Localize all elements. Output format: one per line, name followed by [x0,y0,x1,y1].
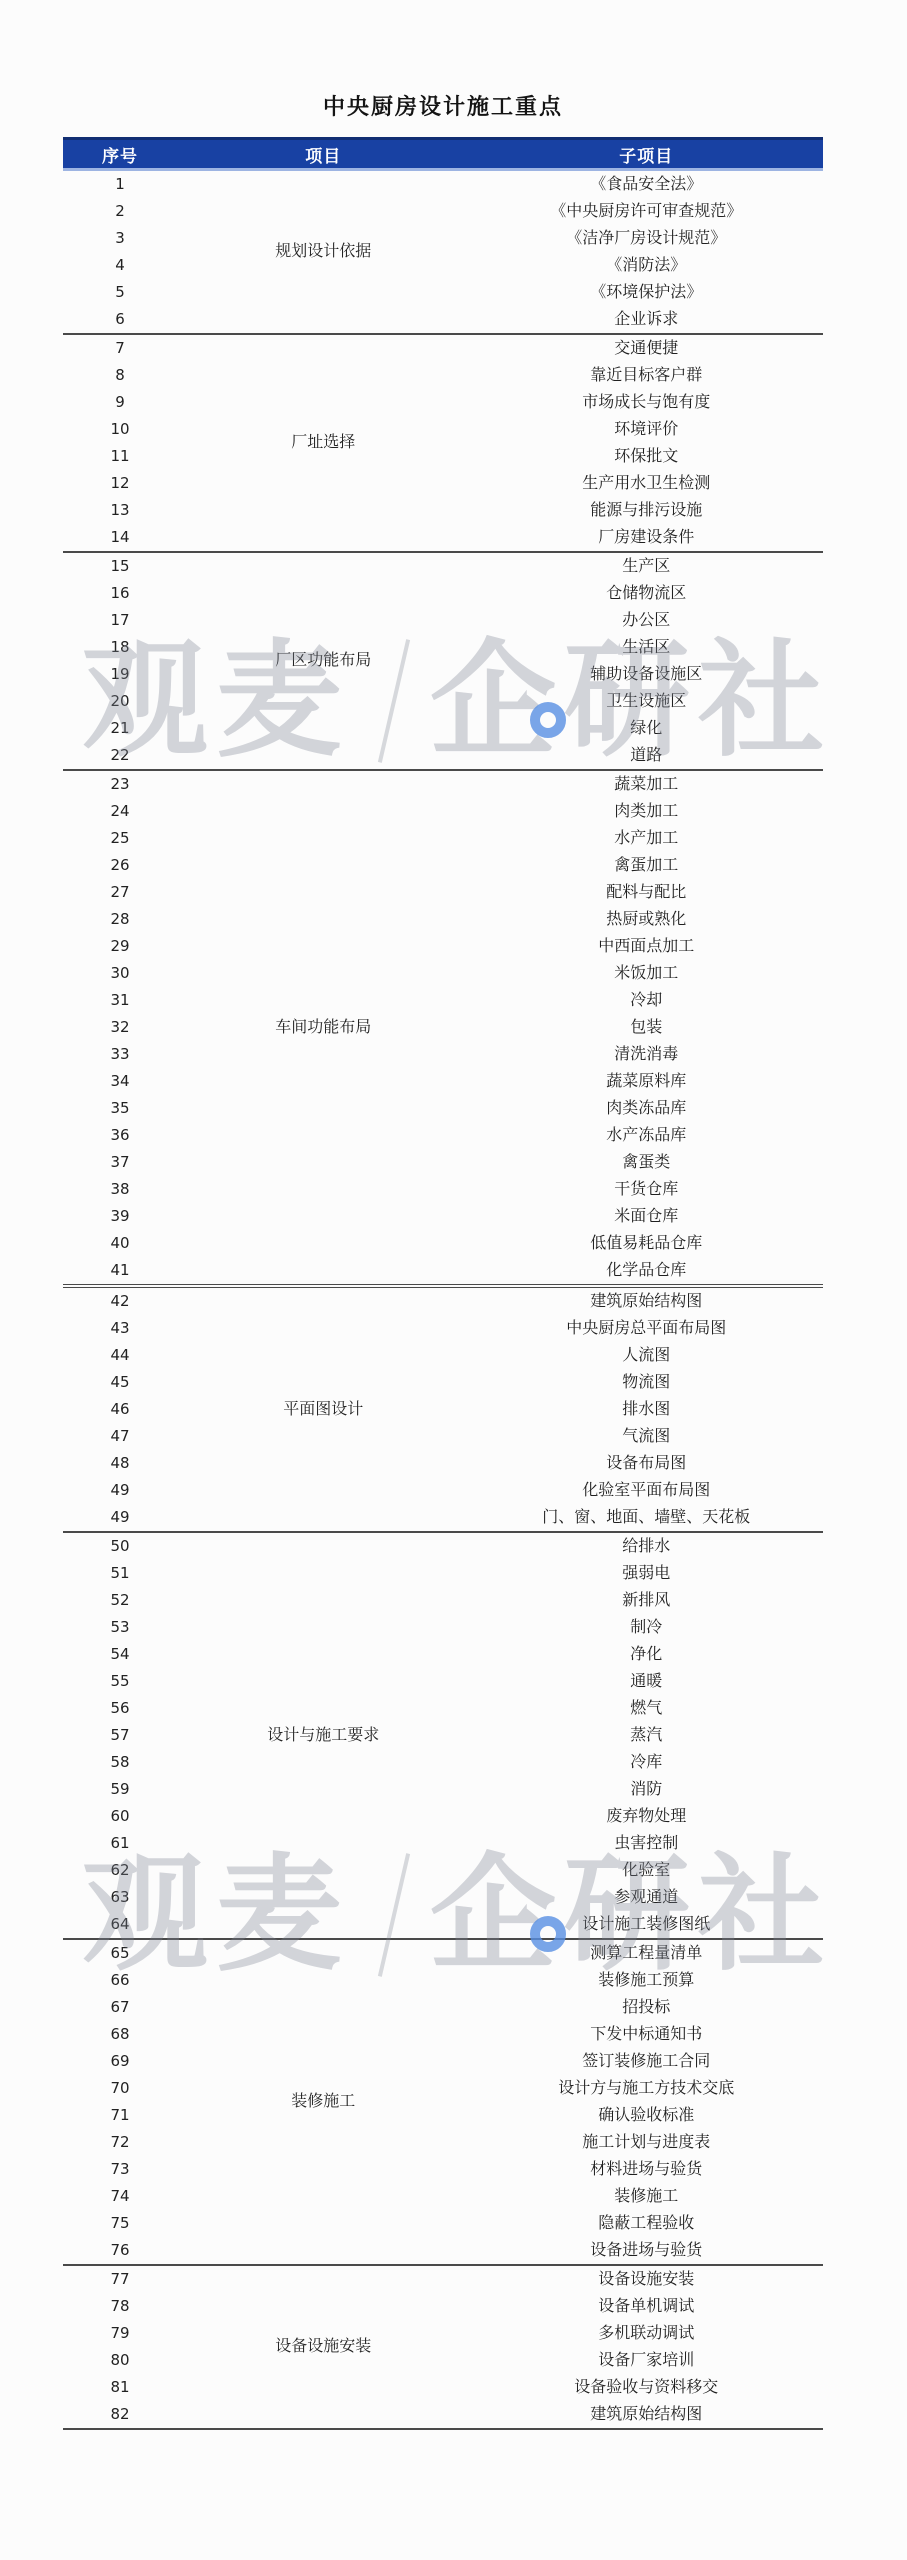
row-number-cell: 40 [63,1230,177,1257]
header-cell-number: 序号 [63,139,177,170]
table-row: 77设备设施安装设备设施安装 [63,2265,823,2293]
row-number-cell: 10 [63,416,177,443]
subproject-cell: 设备布局图 [470,1450,823,1477]
row-number-cell: 14 [63,524,177,552]
subproject-cell: 绿化 [470,715,823,742]
subproject-cell: 道路 [470,742,823,770]
row-number-cell: 52 [63,1587,177,1614]
row-number-cell: 22 [63,742,177,770]
row-number-cell: 23 [63,770,177,798]
subproject-cell: 米面仓库 [470,1203,823,1230]
row-number-cell: 66 [63,1967,177,1994]
subproject-cell: 气流图 [470,1423,823,1450]
subproject-cell: 蒸汽 [470,1722,823,1749]
subproject-cell: 新排风 [470,1587,823,1614]
subproject-cell: 卫生设施区 [470,688,823,715]
subproject-cell: 厂房建设条件 [470,524,823,552]
project-cell: 平面图设计 [177,1286,470,1532]
row-number-cell: 29 [63,933,177,960]
subproject-cell: 《中央厨房许可审查规范》 [470,198,823,225]
row-number-cell: 7 [63,334,177,362]
row-number-cell: 63 [63,1884,177,1911]
row-number-cell: 49 [63,1477,177,1504]
row-number-cell: 17 [63,607,177,634]
row-number-cell: 81 [63,2374,177,2401]
row-number-cell: 67 [63,1994,177,2021]
row-number-cell: 32 [63,1014,177,1041]
row-number-cell: 36 [63,1122,177,1149]
subproject-cell: 交通便捷 [470,334,823,362]
project-cell: 装修施工 [177,1939,470,2265]
subproject-cell: 建筑原始结构图 [470,1286,823,1315]
subproject-cell: 建筑原始结构图 [470,2401,823,2429]
subproject-cell: 制冷 [470,1614,823,1641]
subproject-cell: 门、窗、地面、墙壁、天花板 [470,1504,823,1532]
subproject-cell: 净化 [470,1641,823,1668]
table-row: 23车间功能布局蔬菜加工 [63,770,823,798]
subproject-cell: 生产区 [470,552,823,580]
subproject-cell: 中西面点加工 [470,933,823,960]
row-number-cell: 80 [63,2347,177,2374]
row-number-cell: 62 [63,1857,177,1884]
row-number-cell: 3 [63,225,177,252]
row-number-cell: 57 [63,1722,177,1749]
row-number-cell: 56 [63,1695,177,1722]
row-number-cell: 58 [63,1749,177,1776]
subproject-cell: 强弱电 [470,1560,823,1587]
row-number-cell: 19 [63,661,177,688]
row-number-cell: 77 [63,2265,177,2293]
subproject-cell: 虫害控制 [470,1830,823,1857]
page-title: 中央厨房设计施工重点 [63,90,823,121]
subproject-cell: 热厨或熟化 [470,906,823,933]
subproject-cell: 禽蛋类 [470,1149,823,1176]
subproject-cell: 装修施工预算 [470,1967,823,1994]
row-number-cell: 25 [63,825,177,852]
row-number-cell: 27 [63,879,177,906]
subproject-cell: 中央厨房总平面布局图 [470,1315,823,1342]
subproject-cell: 消防 [470,1776,823,1803]
subproject-cell: 材料进场与验货 [470,2156,823,2183]
subproject-cell: 招投标 [470,1994,823,2021]
subproject-cell: 清洗消毒 [470,1041,823,1068]
project-cell: 规划设计依据 [177,170,470,335]
row-number-cell: 8 [63,362,177,389]
table-row: 1规划设计依据《食品安全法》 [63,170,823,199]
table-row: 7厂址选择交通便捷 [63,334,823,362]
row-number-cell: 69 [63,2048,177,2075]
subproject-cell: 测算工程量清单 [470,1939,823,1967]
project-cell: 厂区功能布局 [177,552,470,770]
subproject-cell: 设计方与施工方技术交底 [470,2075,823,2102]
row-number-cell: 70 [63,2075,177,2102]
row-number-cell: 50 [63,1532,177,1560]
subproject-cell: 仓储物流区 [470,580,823,607]
row-number-cell: 1 [63,170,177,199]
row-number-cell: 4 [63,252,177,279]
subproject-cell: 冷却 [470,987,823,1014]
subproject-cell: 包装 [470,1014,823,1041]
subproject-cell: 蔬菜原料库 [470,1068,823,1095]
row-number-cell: 71 [63,2102,177,2129]
row-number-cell: 45 [63,1369,177,1396]
row-number-cell: 39 [63,1203,177,1230]
row-number-cell: 61 [63,1830,177,1857]
row-number-cell: 44 [63,1342,177,1369]
project-cell: 厂址选择 [177,334,470,552]
row-number-cell: 68 [63,2021,177,2048]
subproject-cell: 环境评价 [470,416,823,443]
subproject-cell: 多机联动调试 [470,2320,823,2347]
table-body: 1规划设计依据《食品安全法》2《中央厨房许可审查规范》3《洁净厂房设计规范》4《… [63,170,823,2430]
subproject-cell: 通暖 [470,1668,823,1695]
subproject-cell: 设备厂家培训 [470,2347,823,2374]
subproject-cell: 市场成长与饱有度 [470,389,823,416]
row-number-cell: 18 [63,634,177,661]
row-number-cell: 43 [63,1315,177,1342]
row-number-cell: 35 [63,1095,177,1122]
subproject-cell: 肉类冻品库 [470,1095,823,1122]
row-number-cell: 74 [63,2183,177,2210]
subproject-cell: 米饭加工 [470,960,823,987]
subproject-cell: 给排水 [470,1532,823,1560]
table-row: 15厂区功能布局生产区 [63,552,823,580]
subproject-cell: 企业诉求 [470,306,823,334]
row-number-cell: 24 [63,798,177,825]
subproject-cell: 设备设施安装 [470,2265,823,2293]
subproject-cell: 确认验收标准 [470,2102,823,2129]
subproject-cell: 辅助设备设施区 [470,661,823,688]
subproject-cell: 低值易耗品仓库 [470,1230,823,1257]
subproject-cell: 干货仓库 [470,1176,823,1203]
row-number-cell: 12 [63,470,177,497]
subproject-cell: 设备进场与验货 [470,2237,823,2265]
row-number-cell: 64 [63,1911,177,1939]
subproject-cell: 装修施工 [470,2183,823,2210]
row-number-cell: 41 [63,1257,177,1286]
row-number-cell: 78 [63,2293,177,2320]
subproject-cell: 水产加工 [470,825,823,852]
row-number-cell: 49 [63,1504,177,1532]
header-cell-project: 项目 [177,139,470,170]
table-row: 50设计与施工要求给排水 [63,1532,823,1560]
row-number-cell: 31 [63,987,177,1014]
row-number-cell: 46 [63,1396,177,1423]
row-number-cell: 72 [63,2129,177,2156]
table-row: 65装修施工测算工程量清单 [63,1939,823,1967]
row-number-cell: 20 [63,688,177,715]
subproject-cell: 配料与配比 [470,879,823,906]
row-number-cell: 11 [63,443,177,470]
main-table: 序号 项目 子项目 1规划设计依据《食品安全法》2《中央厨房许可审查规范》3《洁… [63,137,823,2430]
row-number-cell: 38 [63,1176,177,1203]
row-number-cell: 65 [63,1939,177,1967]
row-number-cell: 37 [63,1149,177,1176]
row-number-cell: 15 [63,552,177,580]
row-number-cell: 28 [63,906,177,933]
subproject-cell: 下发中标通知书 [470,2021,823,2048]
row-number-cell: 47 [63,1423,177,1450]
subproject-cell: 办公区 [470,607,823,634]
row-number-cell: 16 [63,580,177,607]
row-number-cell: 33 [63,1041,177,1068]
subproject-cell: 《洁净厂房设计规范》 [470,225,823,252]
subproject-cell: 生产用水卫生检测 [470,470,823,497]
row-number-cell: 55 [63,1668,177,1695]
subproject-cell: 冷库 [470,1749,823,1776]
subproject-cell: 人流图 [470,1342,823,1369]
subproject-cell: 生活区 [470,634,823,661]
row-number-cell: 9 [63,389,177,416]
subproject-cell: 设计施工装修图纸 [470,1911,823,1939]
page: { "page": { "title": "中央厨房设计施工重点" }, "ta… [0,0,907,2560]
subproject-cell: 靠近目标客户群 [470,362,823,389]
row-number-cell: 82 [63,2401,177,2429]
row-number-cell: 75 [63,2210,177,2237]
subproject-cell: 设备单机调试 [470,2293,823,2320]
project-cell: 设备设施安装 [177,2265,470,2429]
row-number-cell: 30 [63,960,177,987]
subproject-cell: 设备验收与资料移交 [470,2374,823,2401]
row-number-cell: 2 [63,198,177,225]
project-cell: 设计与施工要求 [177,1532,470,1939]
subproject-cell: 废弃物处理 [470,1803,823,1830]
row-number-cell: 6 [63,306,177,334]
project-cell: 车间功能布局 [177,770,470,1286]
row-number-cell: 5 [63,279,177,306]
subproject-cell: 施工计划与进度表 [470,2129,823,2156]
row-number-cell: 21 [63,715,177,742]
subproject-cell: 《环境保护法》 [470,279,823,306]
row-number-cell: 76 [63,2237,177,2265]
subproject-cell: 水产冻品库 [470,1122,823,1149]
row-number-cell: 53 [63,1614,177,1641]
subproject-cell: 化验室平面布局图 [470,1477,823,1504]
subproject-cell: 环保批文 [470,443,823,470]
subproject-cell: 隐蔽工程验收 [470,2210,823,2237]
subproject-cell: 能源与排污设施 [470,497,823,524]
subproject-cell: 禽蛋加工 [470,852,823,879]
row-number-cell: 51 [63,1560,177,1587]
row-number-cell: 79 [63,2320,177,2347]
row-number-cell: 42 [63,1286,177,1315]
subproject-cell: 排水图 [470,1396,823,1423]
row-number-cell: 59 [63,1776,177,1803]
subproject-cell: 化验室 [470,1857,823,1884]
subproject-cell: 《食品安全法》 [470,170,823,199]
subproject-cell: 蔬菜加工 [470,770,823,798]
row-number-cell: 13 [63,497,177,524]
subproject-cell: 参观通道 [470,1884,823,1911]
table-header: 序号 项目 子项目 [63,139,823,170]
table-row: 42平面图设计建筑原始结构图 [63,1286,823,1315]
row-number-cell: 34 [63,1068,177,1095]
main-table-container: 序号 项目 子项目 1规划设计依据《食品安全法》2《中央厨房许可审查规范》3《洁… [63,137,823,2430]
row-number-cell: 60 [63,1803,177,1830]
subproject-cell: 物流图 [470,1369,823,1396]
row-number-cell: 73 [63,2156,177,2183]
row-number-cell: 54 [63,1641,177,1668]
table-header-row: 序号 项目 子项目 [63,139,823,170]
subproject-cell: 签订装修施工合同 [470,2048,823,2075]
header-cell-subproject: 子项目 [470,139,823,170]
row-number-cell: 48 [63,1450,177,1477]
row-number-cell: 26 [63,852,177,879]
subproject-cell: 燃气 [470,1695,823,1722]
subproject-cell: 《消防法》 [470,252,823,279]
subproject-cell: 肉类加工 [470,798,823,825]
subproject-cell: 化学品仓库 [470,1257,823,1286]
